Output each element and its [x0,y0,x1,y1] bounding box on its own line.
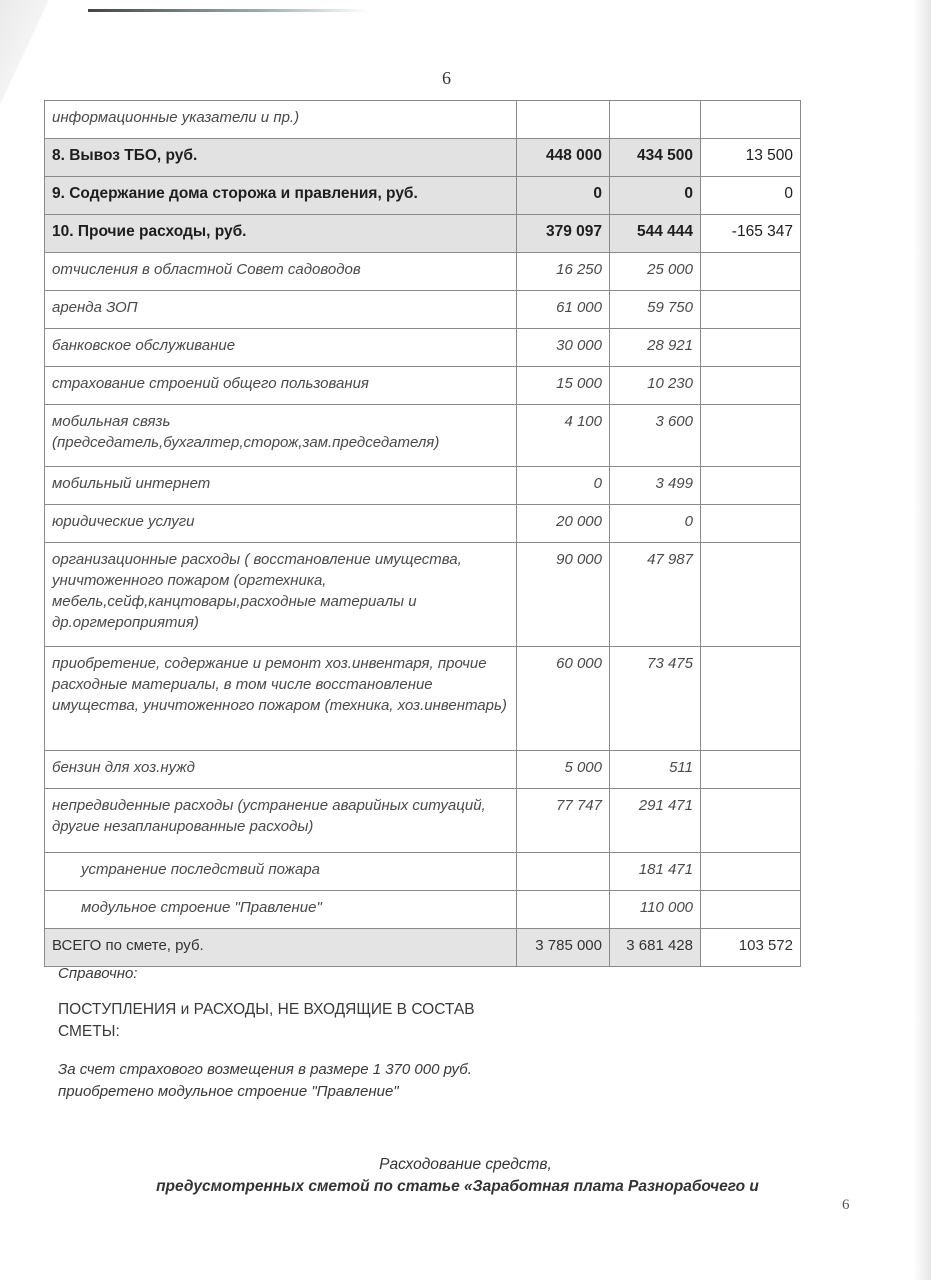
fact-value: 3 499 [610,467,701,505]
fact-value: 59 750 [610,291,701,329]
page-number-top: 6 [0,68,893,89]
fact-value: 28 921 [610,329,701,367]
diff-value [701,291,801,329]
row-label: 8. Вывоз ТБО, руб. [45,139,517,177]
row-label: 9. Содержание дома сторожа и правления, … [45,177,517,215]
section-row: 8. Вывоз ТБО, руб.448 000434 50013 500 [45,139,801,177]
diff-value [701,405,801,467]
row-label: мобильная связь (председатель,бухгалтер,… [45,405,517,467]
diff-value [701,253,801,291]
diff-value [701,891,801,929]
budget-table-body: информационные указатели и пр.)8. Вывоз … [45,101,801,967]
diff-value [701,367,801,405]
row-label: страхование строений общего пользования [45,367,517,405]
diff-value [701,101,801,139]
next-section-title-line1: Расходование средств, [0,1156,931,1174]
row-label: аренда ЗОП [45,291,517,329]
table-row: страхование строений общего пользования1… [45,367,801,405]
plan-value: 77 747 [517,789,610,853]
plan-value: 4 100 [517,405,610,467]
table-row: модульное строение "Правление"110 000 [45,891,801,929]
row-label: устранение последствий пожара [45,853,517,891]
fact-value: 0 [610,505,701,543]
plan-value: 16 250 [517,253,610,291]
fact-value: 47 987 [610,543,701,647]
row-label: информационные указатели и пр.) [45,101,517,139]
row-label: отчисления в областной Совет садоводов [45,253,517,291]
row-label: бензин для хоз.нужд [45,751,517,789]
fact-value: 73 475 [610,647,701,751]
diff-value [701,467,801,505]
table-row: устранение последствий пожара181 471 [45,853,801,891]
fact-value: 291 471 [610,789,701,853]
off-budget-note: За счет страхового возмещения в размере … [58,1059,488,1103]
plan-value: 3 785 000 [517,929,610,967]
table-row: мобильная связь (председатель,бухгалтер,… [45,405,801,467]
diff-value: 103 572 [701,929,801,967]
fact-value: 25 000 [610,253,701,291]
plan-value: 5 000 [517,751,610,789]
page-number-bottom: 6 [842,1197,850,1214]
row-label: мобильный интернет [45,467,517,505]
table-row: юридические услуги20 0000 [45,505,801,543]
fact-value: 110 000 [610,891,701,929]
table-row: бензин для хоз.нужд5 000511 [45,751,801,789]
diff-value: 13 500 [701,139,801,177]
table-row: непредвиденные расходы (устранение авари… [45,789,801,853]
plan-value: 60 000 [517,647,610,751]
total-row: ВСЕГО по смете, руб.3 785 0003 681 42810… [45,929,801,967]
fact-value: 3 600 [610,405,701,467]
diff-value [701,647,801,751]
diff-value [701,789,801,853]
diff-value [701,329,801,367]
diff-value [701,505,801,543]
fact-value: 10 230 [610,367,701,405]
section-row: 9. Содержание дома сторожа и правления, … [45,177,801,215]
plan-value: 15 000 [517,367,610,405]
plan-value: 0 [517,467,610,505]
diff-value: 0 [701,177,801,215]
fact-value: 434 500 [610,139,701,177]
row-label: юридические услуги [45,505,517,543]
plan-value: 0 [517,177,610,215]
row-label: непредвиденные расходы (устранение авари… [45,789,517,853]
plan-value: 30 000 [517,329,610,367]
fact-value: 181 471 [610,853,701,891]
fact-value: 3 681 428 [610,929,701,967]
diff-value [701,543,801,647]
row-label: ВСЕГО по смете, руб. [45,929,517,967]
table-row: отчисления в областной Совет садоводов16… [45,253,801,291]
scan-edge-top [88,9,368,12]
row-label: банковское обслуживание [45,329,517,367]
plan-value: 379 097 [517,215,610,253]
fact-value: 544 444 [610,215,701,253]
reference-label: Справочно: [58,963,137,985]
row-label: приобретение, содержание и ремонт хоз.ин… [45,647,517,751]
plan-value: 90 000 [517,543,610,647]
table-row: аренда ЗОП61 00059 750 [45,291,801,329]
fact-value [610,101,701,139]
plan-value: 448 000 [517,139,610,177]
plan-value [517,853,610,891]
table-row: информационные указатели и пр.) [45,101,801,139]
table-row: мобильный интернет03 499 [45,467,801,505]
next-section-title-line2: предусмотренных сметой по статье «Зарабо… [0,1178,923,1196]
table-row: банковское обслуживание30 00028 921 [45,329,801,367]
diff-value [701,751,801,789]
diff-value: -165 347 [701,215,801,253]
row-label: модульное строение "Правление" [45,891,517,929]
plan-value [517,101,610,139]
plan-value [517,891,610,929]
table-row: приобретение, содержание и ремонт хоз.ин… [45,647,801,751]
off-budget-heading: ПОСТУПЛЕНИЯ и РАСХОДЫ, НЕ ВХОДЯЩИЕ В СОС… [58,999,528,1043]
section-row: 10. Прочие расходы, руб.379 097544 444-1… [45,215,801,253]
row-label: 10. Прочие расходы, руб. [45,215,517,253]
plan-value: 20 000 [517,505,610,543]
row-label: организационные расходы ( восстановление… [45,543,517,647]
plan-value: 61 000 [517,291,610,329]
fact-value: 511 [610,751,701,789]
table-row: организационные расходы ( восстановление… [45,543,801,647]
diff-value [701,853,801,891]
scan-shadow-right [913,0,931,1280]
budget-table: информационные указатели и пр.)8. Вывоз … [44,100,801,967]
fact-value: 0 [610,177,701,215]
